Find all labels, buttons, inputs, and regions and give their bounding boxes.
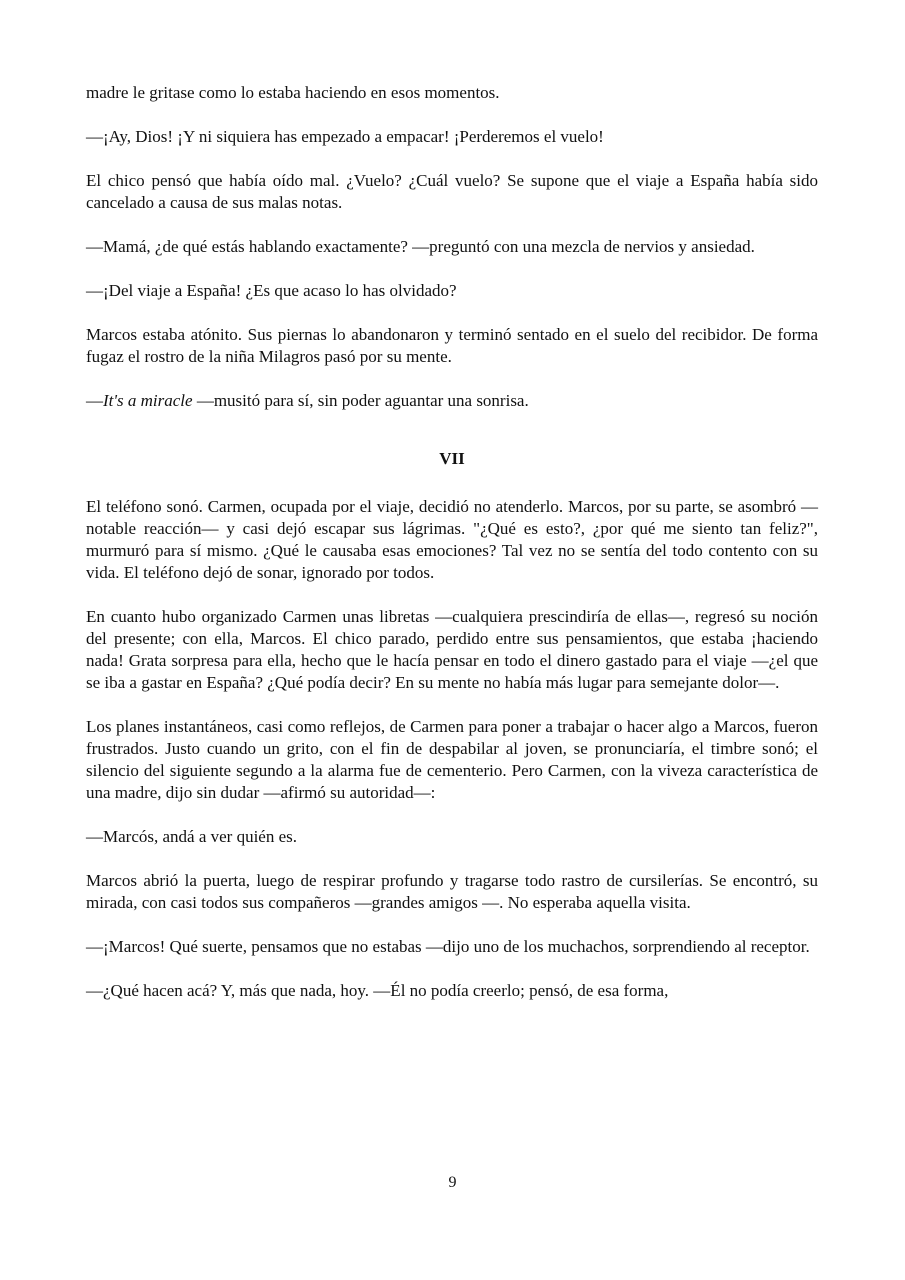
paragraph: Marcos estaba atónito. Sus piernas lo ab… (86, 324, 818, 368)
paragraph: —It's a miracle —musitó para sí, sin pod… (86, 390, 818, 412)
paragraph: —¡Marcos! Qué suerte, pensamos que no es… (86, 936, 818, 958)
paragraph: El teléfono sonó. Carmen, ocupada por el… (86, 496, 818, 584)
document-page: madre le gritase como lo estaba haciendo… (0, 0, 905, 1280)
section-heading: VII (86, 448, 818, 470)
paragraph: madre le gritase como lo estaba haciendo… (86, 82, 818, 104)
paragraph: —Marcós, andá a ver quién es. (86, 826, 818, 848)
paragraph: —¡Del viaje a España! ¿Es que acaso lo h… (86, 280, 818, 302)
paragraph: En cuanto hubo organizado Carmen unas li… (86, 606, 818, 694)
page-number: 9 (0, 1172, 905, 1194)
paragraph: —¿Qué hacen acá? Y, más que nada, hoy. —… (86, 980, 818, 1002)
paragraph: Los planes instantáneos, casi como refle… (86, 716, 818, 804)
paragraph: Marcos abrió la puerta, luego de respira… (86, 870, 818, 914)
paragraph-segment: — (86, 391, 103, 410)
paragraph-segment: —musitó para sí, sin poder aguantar una … (197, 391, 529, 410)
paragraph-segment-italic: It's a miracle (103, 391, 197, 410)
paragraph: —Mamá, ¿de qué estás hablando exactament… (86, 236, 818, 258)
paragraph: El chico pensó que había oído mal. ¿Vuel… (86, 170, 818, 214)
paragraph: —¡Ay, Dios! ¡Y ni siquiera has empezado … (86, 126, 818, 148)
